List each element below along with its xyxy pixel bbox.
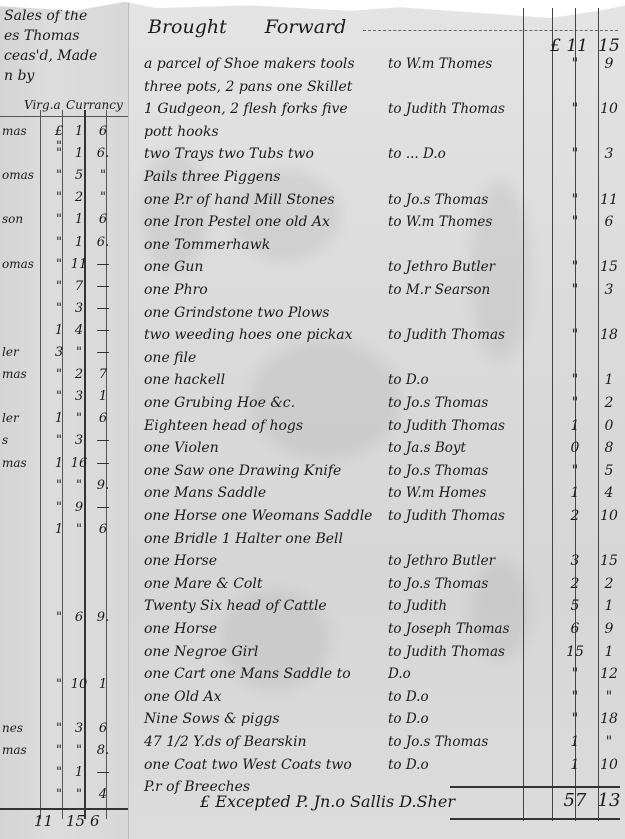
item-description: Eighteen head of hogs	[144, 418, 303, 434]
strip-row-name: mas	[2, 124, 27, 138]
amount-pounds: 3	[558, 553, 592, 569]
amount-pounds: 15	[558, 644, 592, 660]
strip-row-pounds: "	[52, 478, 66, 493]
amount-shillings: 11	[592, 192, 625, 208]
total-shillings: 13	[592, 790, 625, 811]
amount-shillings: 10	[592, 101, 625, 117]
strip-row-shillings: 10	[68, 677, 90, 692]
item-description: one Horse	[144, 553, 217, 569]
strip-row-name: son	[2, 212, 23, 226]
amount-shillings: 18	[592, 327, 625, 343]
strip-row-pence: "	[94, 190, 112, 205]
ledger-row: one Grubing Hoe &c.to Jo.s Thomas"26	[140, 395, 625, 417]
strip-row: 14—	[0, 323, 128, 345]
purchaser: to Judith Thomas	[388, 327, 505, 343]
strip-row-pounds: "	[52, 168, 66, 183]
total-rule	[450, 786, 620, 788]
strip-row-shillings: "	[68, 522, 90, 537]
amount-shillings: 0	[592, 418, 625, 434]
strip-heading: Sales of the es Thomas ceas'd, Made n by	[4, 6, 124, 86]
purchaser: to Judith Thomas	[388, 101, 505, 117]
item-description: one Grubing Hoe &c.	[144, 395, 295, 411]
strip-row-pence: —	[94, 456, 112, 471]
strip-row-pounds: 1	[52, 411, 66, 426]
item-description: two weeding hoes one pickax	[144, 327, 352, 343]
strip-row-name: ler	[2, 411, 19, 425]
amount-pounds: 6	[558, 621, 592, 637]
amount-shillings: 15	[592, 259, 625, 275]
amount-pounds: "	[558, 666, 592, 682]
item-description: one Coat two West Coats two	[144, 757, 352, 773]
item-description: two Trays two Tubs two	[144, 146, 314, 162]
strip-row-shillings: 3	[68, 389, 90, 404]
strip-row: "69.	[0, 610, 128, 632]
strip-row-shillings: 1	[68, 212, 90, 227]
ledger-row: Eighteen head of hogsto Judith Thomas106	[140, 418, 625, 440]
purchaser: to Jo.s Thomas	[388, 192, 488, 208]
ledger-row: 1 Gudgeon, 2 flesh forks fiveto Judith T…	[140, 101, 625, 123]
item-description: Pails three Piggens	[144, 169, 280, 185]
strip-row: mas£ "16	[0, 124, 128, 146]
strip-row: "31	[0, 389, 128, 411]
strip-row-name: nes	[2, 721, 23, 735]
strip-row-pounds: "	[52, 146, 66, 161]
item-description: one Cart one Mans Saddle to	[144, 666, 351, 682]
strip-row-pounds: "	[52, 190, 66, 205]
strip-row-shillings: 2	[68, 367, 90, 382]
strip-row: mas"27	[0, 367, 128, 389]
strip-row: "3—	[0, 301, 128, 323]
amount-shillings: 3	[592, 282, 625, 298]
dashed-leader	[363, 30, 618, 31]
strip-row-pounds: "	[52, 235, 66, 250]
strip-row: nes"36	[0, 721, 128, 743]
strip-row-shillings: 5	[68, 168, 90, 183]
ledger-row: one Negroe Girlto Judith Thomas151—	[140, 644, 625, 666]
ledger-total-row: £ Excepted P. Jn.o Sallis D.Sher 57 13 5	[140, 790, 625, 816]
strip-row-pounds: "	[52, 389, 66, 404]
strip-row: ler3"—	[0, 345, 128, 367]
amount-shillings: 8	[592, 440, 625, 456]
strip-row	[0, 588, 128, 610]
purchaser: to Jethro Butler	[388, 553, 495, 569]
strip-row-pounds: "	[52, 367, 66, 382]
amount-pounds: "	[558, 463, 592, 479]
strip-total-row: 11 15 6	[0, 812, 128, 834]
strip-row-pence: 1	[94, 389, 112, 404]
purchaser: to Joseph Thomas	[388, 621, 510, 637]
item-description: one Gun	[144, 259, 203, 275]
strip-row-pence: —	[94, 765, 112, 780]
ledger-row: two weeding hoes one pickaxto Judith Tho…	[140, 327, 625, 349]
brought-forward-pounds: £ 11	[518, 36, 588, 56]
strip-row-name: mas	[2, 743, 27, 757]
item-description: one Horse one Weomans Saddle	[144, 508, 372, 524]
strip-row: "1—	[0, 765, 128, 787]
strip-row: mas116—	[0, 456, 128, 478]
ledger-row: one Horseto Joseph Thomas696	[140, 621, 625, 643]
total-pounds: 57	[558, 790, 592, 811]
strip-row	[0, 654, 128, 676]
strip-row-shillings: 1	[68, 235, 90, 250]
ledger-row: one Horseto Jethro Butler3153	[140, 553, 625, 575]
strip-row-shillings: "	[68, 411, 90, 426]
purchaser: D.o	[388, 666, 411, 682]
ledger-row: Nine Sows & piggsto D.o"18—	[140, 711, 625, 733]
amount-pounds: "	[558, 214, 592, 230]
strip-row-shillings: 1	[68, 146, 90, 161]
strip-row-shillings: 16	[68, 456, 90, 471]
strip-row: "7—	[0, 279, 128, 301]
amount-pounds: 1	[558, 485, 592, 501]
strip-row-pence: 7	[94, 367, 112, 382]
strip-row-name: s	[2, 433, 8, 447]
amount-shillings: 1	[592, 598, 625, 614]
ledger-row: one Grindstone two Plows	[140, 305, 625, 327]
strip-row-name: mas	[2, 456, 27, 470]
ledger-row: Pails three Piggens	[140, 169, 625, 191]
item-description: one Bridle 1 Halter one Bell	[144, 531, 343, 547]
total-rule	[0, 808, 128, 810]
item-description: one Mans Saddle	[144, 485, 266, 501]
strip-row-shillings: 7	[68, 279, 90, 294]
strip-row-shillings: 2	[68, 190, 90, 205]
strip-heading-line: n by	[4, 66, 124, 86]
strip-row-name: ler	[2, 345, 19, 359]
item-description: one hackell	[144, 372, 225, 388]
strip-row-pounds: 3	[52, 345, 66, 360]
amount-pounds: "	[558, 259, 592, 275]
total-rule	[450, 818, 620, 820]
amount-shillings: 4	[592, 485, 625, 501]
strip-row-pence: —	[94, 279, 112, 294]
purchaser: to W.m Thomes	[388, 56, 492, 72]
strip-row-pence: —	[94, 301, 112, 316]
strip-row-shillings: 6	[68, 610, 90, 625]
strip-row: "2"	[0, 190, 128, 212]
brought-forward-row: £ 11 15 9	[140, 36, 625, 58]
strip-row-pence: 4	[94, 787, 112, 802]
purchaser: to Jo.s Thomas	[388, 463, 488, 479]
strip-row: s"3—	[0, 433, 128, 455]
amount-pounds: 1	[558, 757, 592, 773]
strip-row-pounds: "	[52, 279, 66, 294]
ledger-row: two Trays two Tubs twoto ... D.o"3—	[140, 146, 625, 168]
strip-row-pence: 1	[94, 677, 112, 692]
amount-pounds: 5	[558, 598, 592, 614]
purchaser: to Judith	[388, 598, 447, 614]
ledger-row: one Iron Pestel one old Axto W.m Thomes"…	[140, 214, 625, 236]
strip-total-pounds: 11	[34, 812, 53, 830]
amount-pounds: 0	[558, 440, 592, 456]
ledger-row: one Gunto Jethro Butler"15—	[140, 259, 625, 281]
strip-row-shillings: 4	[68, 323, 90, 338]
strip-row-shillings: 1	[68, 124, 90, 139]
ledger-row: one Cart one Mans Saddle toD.o"121	[140, 666, 625, 688]
strip-row: "9—	[0, 500, 128, 522]
item-description: 47 1/2 Y.ds of Bearskin	[144, 734, 307, 750]
amount-shillings: 2	[592, 576, 625, 592]
purchaser: to Ja.s Boyt	[388, 440, 466, 456]
item-description: one Tommerhawk	[144, 237, 270, 253]
ledger-row: pott hooks	[140, 124, 625, 146]
ledger-row: 47 1/2 Y.ds of Bearskinto Jo.s Thomas1"1	[140, 734, 625, 756]
purchaser: to D.o	[388, 757, 429, 773]
strip-row-shillings: "	[68, 478, 90, 493]
header-rule	[0, 116, 128, 117]
strip-row-name: omas	[2, 168, 34, 182]
brought-forward-shillings: 15	[592, 36, 625, 56]
ledger-row: one Old Axto D.o""8	[140, 689, 625, 711]
amount-shillings: 15	[592, 553, 625, 569]
item-description: a parcel of Shoe makers tools	[144, 56, 355, 72]
strip-row-shillings: 11	[68, 257, 90, 272]
strip-row-pence: —	[94, 345, 112, 360]
item-description: Nine Sows & piggs	[144, 711, 280, 727]
purchaser: to Judith Thomas	[388, 644, 505, 660]
strip-row: mas""8.	[0, 743, 128, 765]
purchaser: to W.m Thomes	[388, 214, 492, 230]
ledger-row: one file	[140, 350, 625, 372]
strip-row	[0, 544, 128, 566]
amount-shillings: 12	[592, 666, 625, 682]
strip-row-pounds: "	[52, 433, 66, 448]
strip-row-pounds: "	[52, 610, 66, 625]
item-description: one Mare & Colt	[144, 576, 262, 592]
amount-shillings: 5	[592, 463, 625, 479]
purchaser: to D.o	[388, 711, 429, 727]
item-description: one Horse	[144, 621, 217, 637]
amount-pounds: 1	[558, 418, 592, 434]
manuscript-page: Sales of the es Thomas ceas'd, Made n by…	[0, 0, 625, 839]
amount-pounds: "	[558, 146, 592, 162]
purchaser: to Jo.s Thomas	[388, 734, 488, 750]
column-header-currency: Currancy	[66, 98, 123, 112]
amount-shillings: 3	[592, 146, 625, 162]
ledger-heading: BroughtForward	[148, 16, 346, 38]
item-description: one Grindstone two Plows	[144, 305, 330, 321]
strip-row-pounds: "	[52, 743, 66, 758]
ledger-row: three pots, 2 pans one Skillet	[140, 79, 625, 101]
strip-row-shillings: 3	[68, 301, 90, 316]
purchaser: to D.o	[388, 372, 429, 388]
strip-row-name: omas	[2, 257, 34, 271]
strip-row-pence: —	[94, 323, 112, 338]
ledger-row: one Violento Ja.s Boyt0810	[140, 440, 625, 462]
strip-row-pence: 6	[94, 212, 112, 227]
item-description: one Old Ax	[144, 689, 222, 705]
purchaser: to M.r Searson	[388, 282, 490, 298]
strip-row-pounds: "	[52, 301, 66, 316]
strip-row-shillings: 9	[68, 500, 90, 515]
item-description: one Saw one Drawing Knife	[144, 463, 341, 479]
ledger-row: one Horse one Weomans Saddleto Judith Th…	[140, 508, 625, 530]
strip-row: 1"6	[0, 522, 128, 544]
purchaser: to Jethro Butler	[388, 259, 495, 275]
strip-row-pence: 6	[94, 721, 112, 736]
amount-shillings: 9	[592, 621, 625, 637]
item-description: three pots, 2 pans one Skillet	[144, 79, 352, 95]
item-description: one P.r of hand Mill Stones	[144, 192, 335, 208]
amount-shillings: 6	[592, 214, 625, 230]
strip-row-pounds: "	[52, 212, 66, 227]
strip-row-pounds: 1	[52, 522, 66, 537]
strip-row-pence: "	[94, 168, 112, 183]
ledger-row: one Tommerhawk	[140, 237, 625, 259]
item-description: one Iron Pestel one old Ax	[144, 214, 330, 230]
amount-pounds: "	[558, 327, 592, 343]
strip-row-pence: —	[94, 433, 112, 448]
amount-shillings: 1	[592, 644, 625, 660]
strip-row-name: mas	[2, 367, 27, 381]
purchaser: to W.m Homes	[388, 485, 486, 501]
strip-row-pence: 9.	[94, 610, 112, 625]
strip-row-pence: 6.	[94, 235, 112, 250]
forward-label: Forward	[265, 16, 347, 38]
strip-row-pounds: 1	[52, 456, 66, 471]
ledger-row: one hackellto D.o"10	[140, 372, 625, 394]
item-description: one Negroe Girl	[144, 644, 258, 660]
ledger-row: Twenty Six head of Cattleto Judith51	[140, 598, 625, 620]
column-header-virginia: Virg.a	[24, 98, 61, 112]
strip-row-pounds: "	[52, 765, 66, 780]
amount-pounds: "	[558, 395, 592, 411]
brought-label: Brought	[148, 16, 227, 38]
strip-row-pounds: "	[52, 721, 66, 736]
strip-total-shillings: 15	[66, 812, 85, 830]
amount-shillings: 10	[592, 757, 625, 773]
strip-row: omas"11—	[0, 257, 128, 279]
item-description: one Phro	[144, 282, 208, 298]
strip-row: ""4	[0, 787, 128, 809]
amount-pounds: 2	[558, 576, 592, 592]
amount-shillings: 9	[592, 56, 625, 72]
strip-row-pence: 9.	[94, 478, 112, 493]
item-description: one Violen	[144, 440, 219, 456]
item-description: pott hooks	[144, 124, 219, 140]
purchaser: to D.o	[388, 689, 429, 705]
strip-row-pence: 6	[94, 124, 112, 139]
strip-row-pence: 6	[94, 411, 112, 426]
left-strip-page: Sales of the es Thomas ceas'd, Made n by…	[0, 0, 129, 839]
signature: £ Excepted P. Jn.o Sallis D.Sher	[200, 792, 455, 811]
amount-shillings: 10	[592, 508, 625, 524]
strip-row-shillings: 3	[68, 721, 90, 736]
ledger-row: a parcel of Shoe makers toolsto W.m Thom…	[140, 56, 625, 78]
strip-row-pence: —	[94, 500, 112, 515]
ledger-row: one Coat two West Coats twoto D.o110	[140, 757, 625, 779]
strip-row-shillings: 1	[68, 765, 90, 780]
ledger-row: one Mare & Coltto Jo.s Thomas22—	[140, 576, 625, 598]
strip-row: ""9.	[0, 478, 128, 500]
purchaser: to Jo.s Thomas	[388, 576, 488, 592]
purchaser: to Jo.s Thomas	[388, 395, 488, 411]
strip-row: son"16	[0, 212, 128, 234]
strip-heading-line: ceas'd, Made	[4, 46, 124, 66]
strip-row-pounds: "	[52, 500, 66, 515]
amount-pounds: 2	[558, 508, 592, 524]
strip-row	[0, 632, 128, 654]
strip-row: ler1"6	[0, 411, 128, 433]
purchaser: to Judith Thomas	[388, 508, 505, 524]
amount-shillings: 1	[592, 372, 625, 388]
strip-row-shillings: 3	[68, 433, 90, 448]
strip-row-pence: 6	[94, 522, 112, 537]
strip-row-shillings: "	[68, 743, 90, 758]
amount-pounds: "	[558, 282, 592, 298]
amount-pounds: "	[558, 101, 592, 117]
strip-row-pence: —	[94, 257, 112, 272]
strip-row-pounds: "	[52, 677, 66, 692]
strip-row	[0, 566, 128, 588]
strip-row	[0, 699, 128, 721]
strip-row-pounds: 1	[52, 323, 66, 338]
amount-pounds: 1	[558, 734, 592, 750]
amount-pounds: "	[558, 56, 592, 72]
ledger-row: one Mans Saddleto W.m Homes14—	[140, 485, 625, 507]
strip-row-shillings: "	[68, 345, 90, 360]
amount-pounds: "	[558, 689, 592, 705]
amount-shillings: "	[592, 734, 625, 750]
ledger-row: one P.r of hand Mill Stonesto Jo.s Thoma…	[140, 192, 625, 214]
ledger-row: one Bridle 1 Halter one Bell	[140, 531, 625, 553]
strip-row: omas"5"	[0, 168, 128, 190]
amount-pounds: "	[558, 372, 592, 388]
amount-shillings: 2	[592, 395, 625, 411]
strip-row: "16.	[0, 146, 128, 168]
strip-row-shillings: "	[68, 787, 90, 802]
item-description: Twenty Six head of Cattle	[144, 598, 327, 614]
amount-shillings: 18	[592, 711, 625, 727]
strip-row-pence: 8.	[94, 743, 112, 758]
strip-heading-line: es Thomas	[4, 26, 124, 46]
strip-total-pence: 6	[90, 812, 100, 830]
amount-pounds: "	[558, 192, 592, 208]
amount-pounds: "	[558, 711, 592, 727]
ledger-row: one Phroto M.r Searson"31	[140, 282, 625, 304]
amount-shillings: "	[592, 689, 625, 705]
purchaser: to ... D.o	[388, 146, 446, 162]
item-description: 1 Gudgeon, 2 flesh forks five	[144, 101, 348, 117]
strip-row: "101	[0, 677, 128, 699]
ledger-row: one Saw one Drawing Knifeto Jo.s Thomas"…	[140, 463, 625, 485]
strip-row: "16.	[0, 235, 128, 257]
strip-row-pounds: "	[52, 787, 66, 802]
strip-row-pence: 6.	[94, 146, 112, 161]
strip-row-pounds: "	[52, 257, 66, 272]
item-description: one file	[144, 350, 196, 366]
purchaser: to Judith Thomas	[388, 418, 505, 434]
